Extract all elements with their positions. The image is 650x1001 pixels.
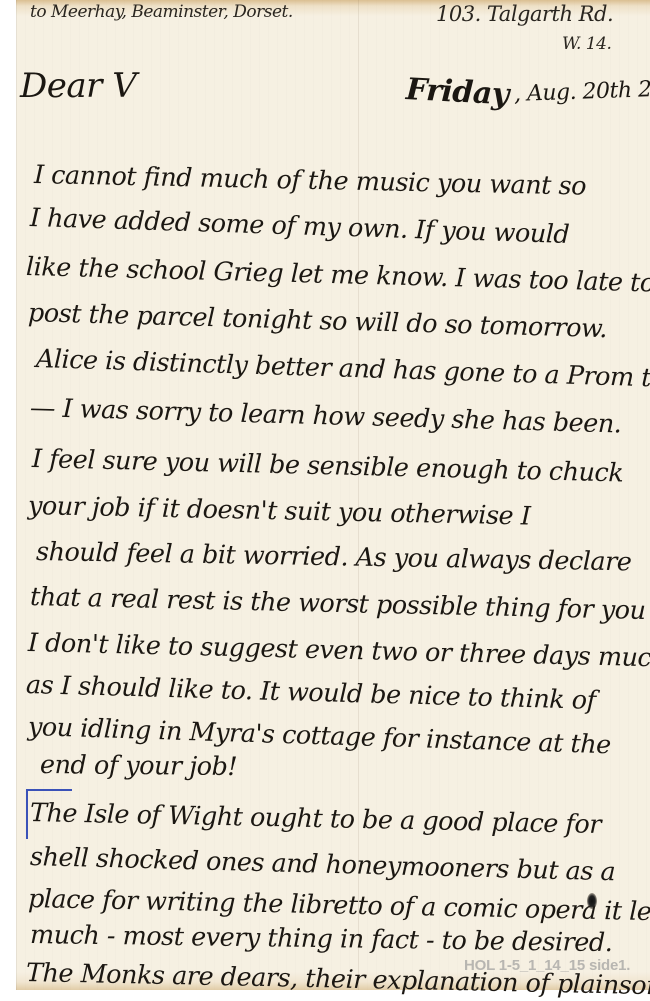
ink-blot [587, 893, 597, 909]
forwarding-address-note: to Meerhay, Beaminster, Dorset. [30, 2, 293, 22]
body-line: I have added some of my own. If you woul… [30, 203, 570, 250]
body-line: Alice is distinctly better and has gone … [36, 344, 650, 396]
letter-date: , Aug. 20th 20 [514, 77, 650, 107]
letter-page: to Meerhay, Beaminster, Dorset. 103. Tal… [16, 0, 650, 990]
body-line: as I should like to. It would be nice to… [26, 670, 596, 716]
body-line: end of your job! [40, 750, 237, 782]
blue-pencil-margin-mark [26, 789, 32, 839]
body-line: I feel sure you will be sensible enough … [32, 444, 624, 488]
body-line: your job if it doesn't suit you otherwis… [28, 491, 531, 532]
blue-pencil-margin-mark [26, 789, 72, 791]
body-line: should feel a bit worried. As you always… [36, 537, 632, 577]
body-line: I don't like to suggest even two or thre… [28, 628, 650, 674]
body-line: — I was sorry to learn how seedy she has… [30, 393, 622, 440]
sender-address-line-1: 103. Talgarth Rd. [436, 2, 613, 26]
body-line: like the school Grieg let me know. I was… [26, 252, 650, 298]
sender-address-line-2: W. 14. [562, 34, 611, 54]
salutation: Dear V [20, 66, 136, 106]
letter-day: Friday [405, 72, 510, 112]
archive-reference-watermark: HOL 1-5_1_14_15 side1. [464, 957, 630, 974]
body-line: shell shocked ones and honeymooners but … [30, 842, 616, 887]
body-line: The Isle of Wight ought to be a good pla… [30, 798, 602, 840]
body-line: post the parcel tonight so will do so to… [28, 298, 608, 344]
body-line: I cannot find much of the music you want… [34, 160, 587, 202]
page-fold-crease [358, 0, 359, 990]
body-line: much - most every thing in fact - to be … [30, 920, 613, 958]
body-line: that a real rest is the worst possible t… [30, 582, 646, 626]
